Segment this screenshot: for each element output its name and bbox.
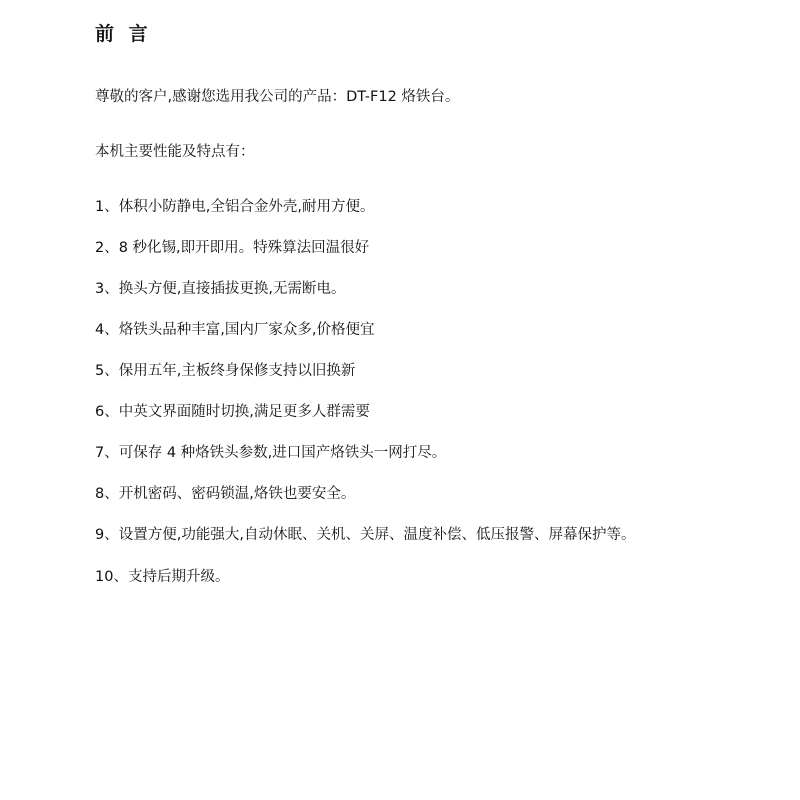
features-heading: 本机主要性能及特点有： — [95, 142, 255, 162]
feature-item-10: 10、支持后期升级。 — [95, 567, 229, 587]
feature-item-5: 5、保用五年,主板终身保修支持以旧换新 — [95, 361, 355, 381]
feature-item-2: 2、8 秒化锡,即开即用。特殊算法回温很好 — [95, 238, 369, 258]
feature-item-9: 9、设置方便,功能强大,自动休眠、关机、关屏、温度补偿、低压报警、屏幕保护等。 — [95, 525, 635, 545]
feature-item-1: 1、体积小防静电,全铝合金外壳,耐用方便。 — [95, 197, 374, 217]
feature-item-7: 7、可保存 4 种烙铁头参数,进口国产烙铁头一网打尽。 — [95, 443, 446, 463]
feature-item-8: 8、开机密码、密码锁温,烙铁也要安全。 — [95, 484, 355, 504]
feature-item-6: 6、中英文界面随时切换,满足更多人群需要 — [95, 402, 370, 422]
feature-item-4: 4、烙铁头品种丰富,国内厂家众多,价格便宜 — [95, 320, 374, 340]
page-title: 前 言 — [95, 22, 152, 46]
feature-item-3: 3、换头方便,直接插拔更换,无需断电。 — [95, 279, 345, 299]
intro-paragraph: 尊敬的客户,感谢您选用我公司的产品：DT-F12 烙铁台。 — [95, 87, 459, 107]
